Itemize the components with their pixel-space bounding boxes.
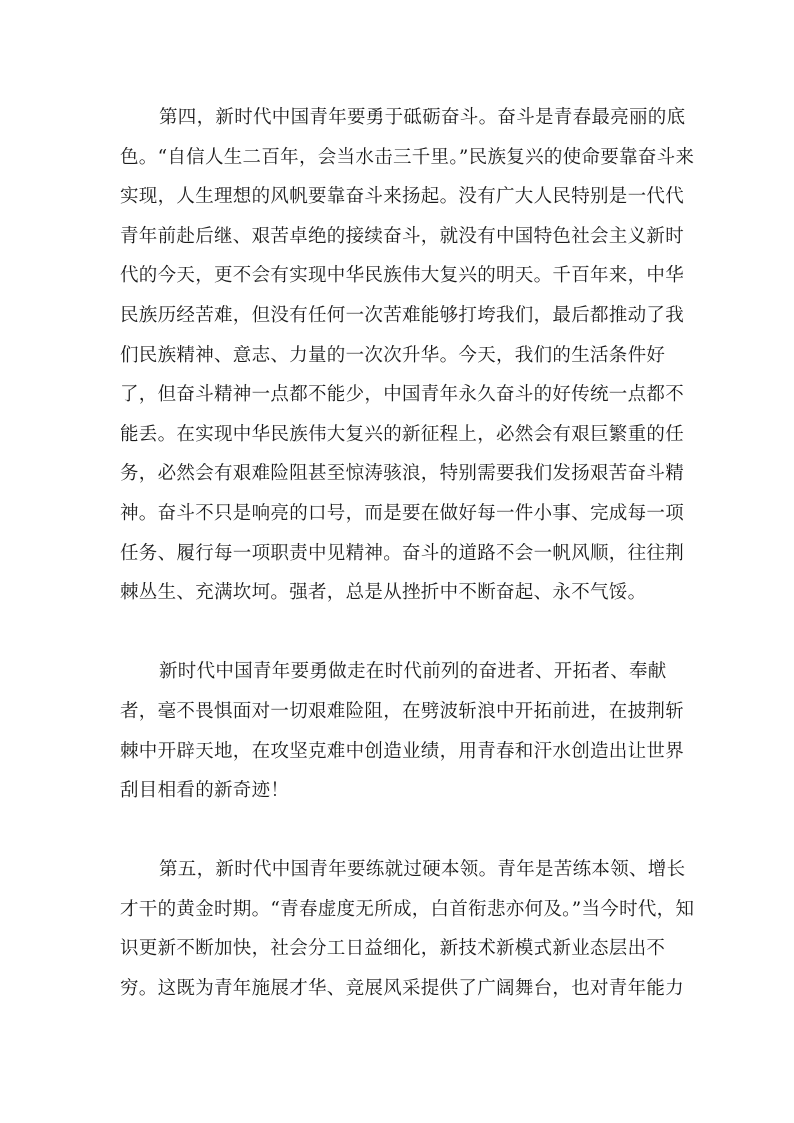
text-line: 能丢。在实现中华民族伟大复兴的新征程上，必然会有艰巨繁重的任 xyxy=(120,415,676,455)
text-line: 实现，人生理想的风帆要靠奋斗来扬起。没有广大人民特别是一代代 xyxy=(120,177,676,217)
text-line: 青年前赴后继、艰苦卓绝的接续奋斗，就没有中国特色社会主义新时 xyxy=(120,217,676,257)
text-line: 任务、履行每一项职责中见精神。奋斗的道路不会一帆风顺，往往荆 xyxy=(120,534,676,574)
text-line: 第五，新时代中国青年要练就过硬本领。青年是苦练本领、增长 xyxy=(120,850,676,890)
paragraph-fifth-point: 第五，新时代中国青年要练就过硬本领。青年是苦练本领、增长 才干的黄金时期。“青春… xyxy=(120,850,676,1008)
text-line: 识更新不断加快，社会分工日益细化，新技术新模式新业态层出不 xyxy=(120,929,676,969)
text-line: 民族历经苦难，但没有任何一次苦难能够打垮我们，最后都推动了我 xyxy=(120,296,676,336)
text-line: 色。“自信人生二百年，会当水击三千里。”民族复兴的使命要靠奋斗来 xyxy=(120,138,676,178)
text-line: 神。奋斗不只是响亮的口号，而是要在做好每一件小事、完成每一项 xyxy=(120,494,676,534)
text-line: 新时代中国青年要勇做走在时代前列的奋进者、开拓者、奉献 xyxy=(120,652,676,692)
text-line: 才干的黄金时期。“青春虚度无所成，白首衔悲亦何及。”当今时代，知 xyxy=(120,890,676,930)
text-line: 第四，新时代中国青年要勇于砥砺奋斗。奋斗是青春最亮丽的底 xyxy=(120,98,676,138)
text-line: 了，但奋斗精神一点都不能少，中国青年永久奋斗的好传统一点都不 xyxy=(120,375,676,415)
text-line: 者，毫不畏惧面对一切艰难险阻，在劈波斩浪中开拓前进，在披荆斩 xyxy=(120,692,676,732)
paragraph-fourth-point: 第四，新时代中国青年要勇于砥砺奋斗。奋斗是青春最亮丽的底 色。“自信人生二百年，… xyxy=(120,98,676,613)
paragraph-youth-pioneers: 新时代中国青年要勇做走在时代前列的奋进者、开拓者、奉献 者，毫不畏惧面对一切艰难… xyxy=(120,652,676,810)
document-page: 第四，新时代中国青年要勇于砥砺奋斗。奋斗是青春最亮丽的底 色。“自信人生二百年，… xyxy=(120,98,676,1048)
text-line: 们民族精神、意志、力量的一次次升华。今天，我们的生活条件好 xyxy=(120,336,676,376)
text-line: 务，必然会有艰难险阻甚至惊涛骇浪，特别需要我们发扬艰苦奋斗精 xyxy=(120,454,676,494)
text-line: 代的今天，更不会有实现中华民族伟大复兴的明天。千百年来，中华 xyxy=(120,256,676,296)
text-line: 棘丛生、充满坎坷。强者，总是从挫折中不断奋起、永不气馁。 xyxy=(120,573,676,613)
text-line: 刮目相看的新奇迹！ xyxy=(120,771,676,811)
text-line: 穷。这既为青年施展才华、竞展风采提供了广阔舞台，也对青年能力 xyxy=(120,969,676,1009)
text-line: 棘中开辟天地，在攻坚克难中创造业绩，用青春和汗水创造出让世界 xyxy=(120,732,676,772)
